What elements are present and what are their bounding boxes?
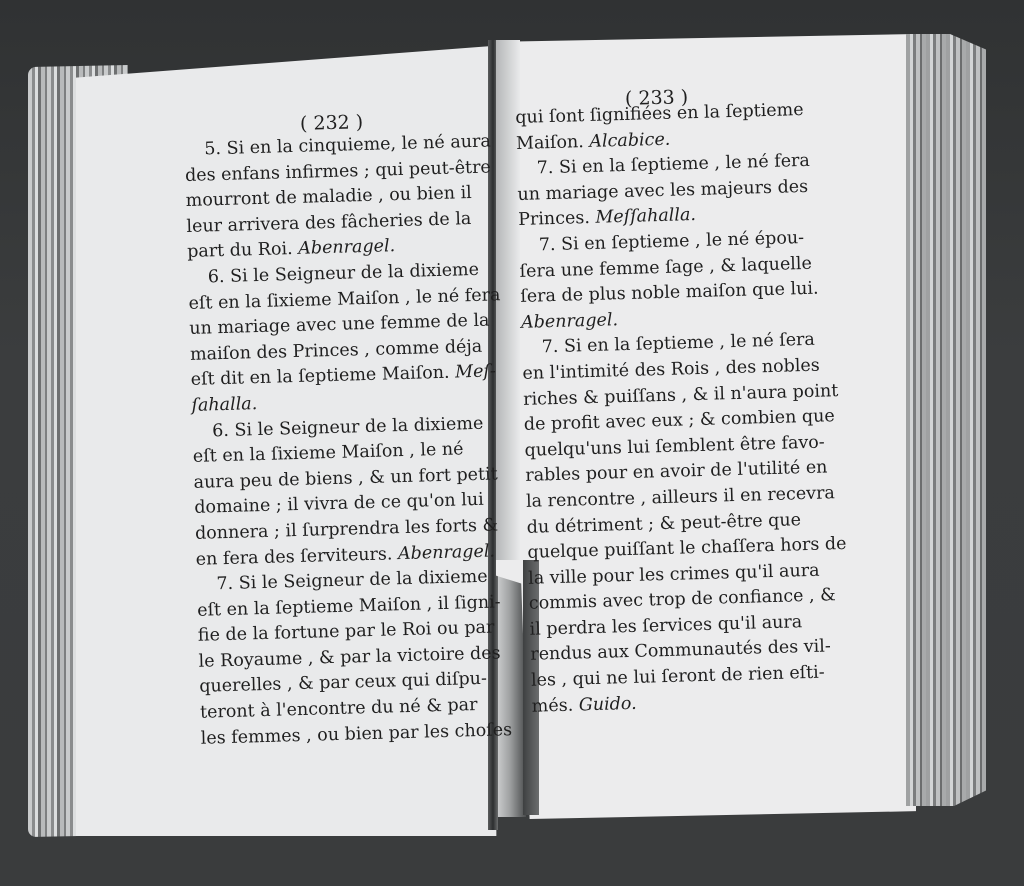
line-text: il perdra les ſervices qu'il aura [529,612,802,640]
line-text: 6. Si le Seigneur de la dixieme [208,260,480,288]
line-text: 7. Si le Seigneur de la dixieme [216,567,488,595]
line-text: eſt dit en la ſeptieme Maiſon. [190,363,449,390]
line-text: du détriment ; & peut-être que [526,510,801,538]
right-page-text: qui ſont ſignifiées en la ſeptiemeMaiſon… [515,97,872,721]
line-text: domaine ; il vivra de ce qu'on lui [194,490,484,518]
left-page-number: ( 232 ) [300,111,364,135]
line-text: mourront de maladie , ou bien il [185,183,472,211]
author-citation: Meſſahalla. [590,205,697,228]
line-text: 7. Si en la ſeptieme , le né fera [536,151,810,179]
author-citation: Abenragel. [392,541,495,564]
left-page-text: 5. Si en la cinquieme, le né aurades enf… [184,129,521,752]
right-page-edges [906,34,986,806]
line-text: 6. Si le Seigneur de la dixieme [212,413,484,441]
author-citation: ſahalla. [191,394,257,416]
line-text: les , qui ne lui ſeront de rien eſti- [531,663,825,691]
author-citation: Alcabice. [584,129,671,151]
line-text: part du Roi. [187,239,293,262]
author-citation: Guido. [573,693,637,715]
author-citation: Meſ- [449,362,496,383]
line-text: ſera de plus noble maiſon que lui. [520,279,819,307]
author-citation: Abenragel. [292,237,395,260]
author-citation: Abenragel. [521,310,619,333]
line-text: 5. Si en la cinquieme, le né aura [204,131,491,159]
line-text: donnera ; il ſurprendra les forts & [195,515,499,543]
line-text: eſt en la ſixieme Maiſon , le né [193,439,464,467]
line-text: 7. Si en la ſeptieme , le né ſera [541,330,815,358]
line-text: un mariage avec les majeurs des [517,177,808,205]
line-text: en l'intimité des Rois , des nobles [522,356,820,384]
line-text: Princes. [518,208,590,230]
line-text: 7. Si en ſeptieme , le né épou- [539,228,805,255]
line-text: Maiſon. [516,132,584,154]
line-text: més. [531,695,573,716]
line-text: teront à l'encontre du né & par [200,695,478,723]
line-text: qui ſont ſignifiées en la ſeptieme [515,100,804,128]
line-text: leur arrivera des fâcheries de la [186,209,471,237]
line-text: en fera des ſerviteurs. [195,544,392,569]
